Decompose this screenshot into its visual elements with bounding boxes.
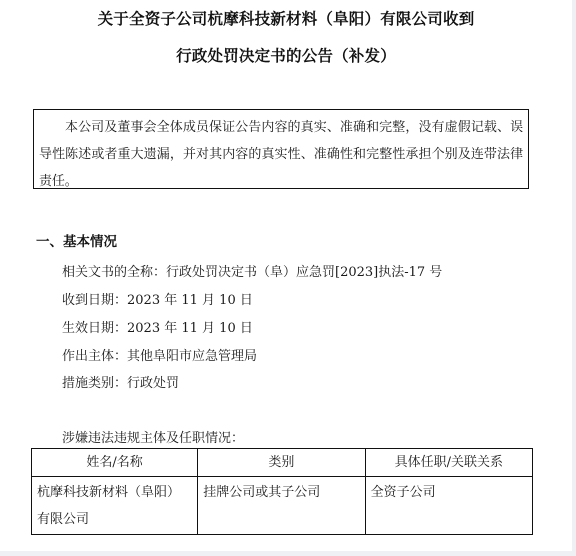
subjects-table-caption: 涉嫌违法违规主体及任职情况： <box>62 427 244 446</box>
field-label: 作出主体： <box>62 349 127 364</box>
section-heading-basic-info: 一、基本情况 <box>36 230 117 250</box>
column-header-relationship: 具体任职/关联关系 <box>365 449 532 477</box>
field-measure-category: 措施类别：行政处罚 <box>62 372 179 391</box>
field-document-full-name: 相关文书的全称：行政处罚决定书（阜）应急罚[2023]执法-17 号 <box>62 261 442 280</box>
column-header-category: 类别 <box>198 449 365 477</box>
field-issuing-authority: 作出主体：其他阜阳市应急管理局 <box>62 345 257 364</box>
field-effective-date: 生效日期：2023 年 11 月 10 日 <box>62 317 253 336</box>
field-value: 2023 年 11 月 10 日 <box>127 293 253 308</box>
document-title-line-1: 关于全资子公司杭摩科技新材料（阜阳）有限公司收到 <box>0 7 572 29</box>
field-value: 其他阜阳市应急管理局 <box>127 349 257 364</box>
field-label: 措施类别： <box>62 376 127 391</box>
field-label: 收到日期： <box>62 293 127 308</box>
column-header-name: 姓名/名称 <box>32 449 198 477</box>
field-label: 相关文书的全称： <box>62 265 166 280</box>
field-value: 行政处罚决定书（阜）应急罚[2023]执法-17 号 <box>166 265 442 280</box>
field-value: 行政处罚 <box>127 376 179 391</box>
cell-relationship: 全资子公司 <box>365 477 532 535</box>
table-row: 杭摩科技新材料（阜阳）有限公司 挂牌公司或其子公司 全资子公司 <box>32 477 533 535</box>
field-label: 生效日期： <box>62 321 127 336</box>
field-received-date: 收到日期：2023 年 11 月 10 日 <box>62 289 253 308</box>
violation-subjects-table: 姓名/名称 类别 具体任职/关联关系 杭摩科技新材料（阜阳）有限公司 挂牌公司或… <box>31 448 533 535</box>
cell-category: 挂牌公司或其子公司 <box>198 477 365 535</box>
document-title-line-2: 行政处罚决定书的公告（补发） <box>0 44 572 66</box>
document-page: 关于全资子公司杭摩科技新材料（阜阳）有限公司收到 行政处罚决定书的公告（补发） … <box>0 0 572 551</box>
cell-name: 杭摩科技新材料（阜阳）有限公司 <box>32 477 198 535</box>
board-guarantee-notice-box: 本公司及董事会全体成员保证公告内容的真实、准确和完整，没有虚假记载、误导性陈述或… <box>33 109 529 189</box>
board-guarantee-notice-text: 本公司及董事会全体成员保证公告内容的真实、准确和完整，没有虚假记载、误导性陈述或… <box>39 114 523 195</box>
field-value: 2023 年 11 月 10 日 <box>127 321 253 336</box>
table-header-row: 姓名/名称 类别 具体任职/关联关系 <box>32 449 533 477</box>
